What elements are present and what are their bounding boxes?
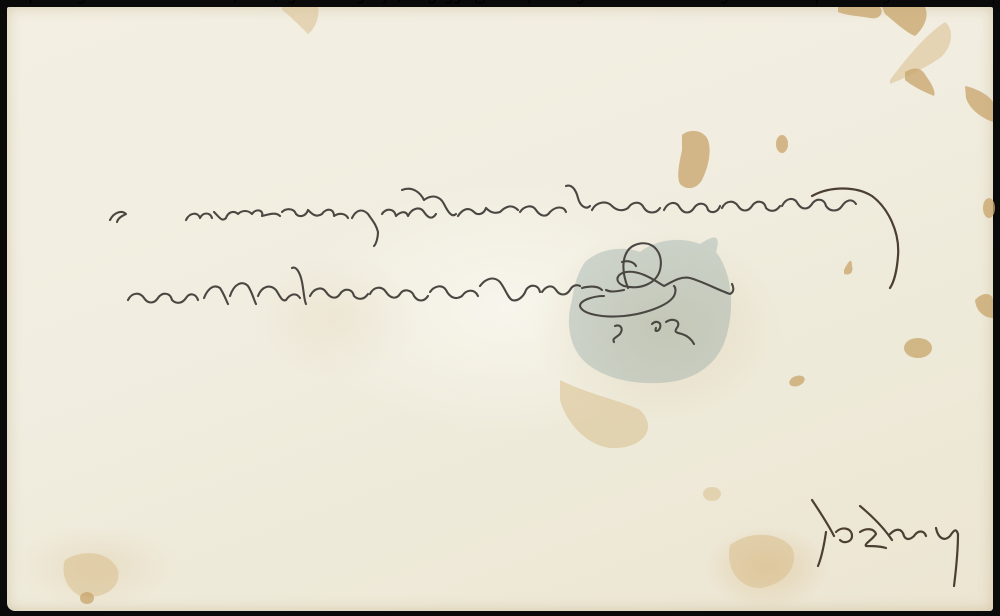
signature: Looped signature flourish over a faded b… xyxy=(0,0,733,317)
address-line-1: Handwritten Tibetan cursive (umé) addres… xyxy=(0,0,1000,288)
address-line-2: Handwritten Tibetan cursive (umé) addres… xyxy=(0,0,702,304)
corner-note: Handwritten notation in the lower right … xyxy=(0,0,958,586)
handwriting-layer: Handwritten Tibetan cursive (umé) addres… xyxy=(0,0,1000,616)
signature-numeral-mark: Small handwritten numeral-like notation … xyxy=(0,0,694,344)
image-frame: Handwritten Tibetan cursive (umé) addres… xyxy=(0,0,1000,616)
svg-text:Handwritten notation in the lo: Handwritten notation in the lower right … xyxy=(0,0,370,4)
